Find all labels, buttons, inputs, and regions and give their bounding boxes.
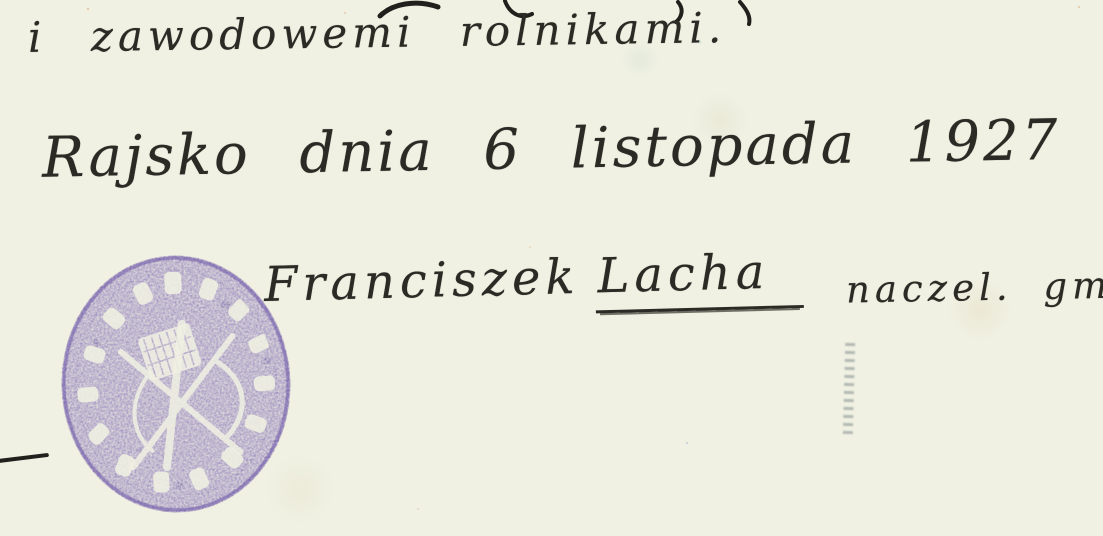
paper-sheet: i zawodowemi rolnikami. Rajsko dnia 6 li… <box>0 0 1103 536</box>
signature-first-name: Franciszek <box>263 249 580 313</box>
signature-surname: Lacha <box>595 243 805 313</box>
dateline: Rajsko dnia 6 listopada 1927 r. <box>42 106 1103 190</box>
handwritten-text-line: i zawodowemi rolnikami. <box>28 3 727 62</box>
stray-pen-stroke <box>0 453 49 463</box>
faint-vertical-stamp <box>843 343 855 435</box>
official-seal-stamp <box>54 250 299 520</box>
signature-title: naczel. gm. <box>846 264 1103 312</box>
signature: FranciszekLacha <box>263 243 804 313</box>
